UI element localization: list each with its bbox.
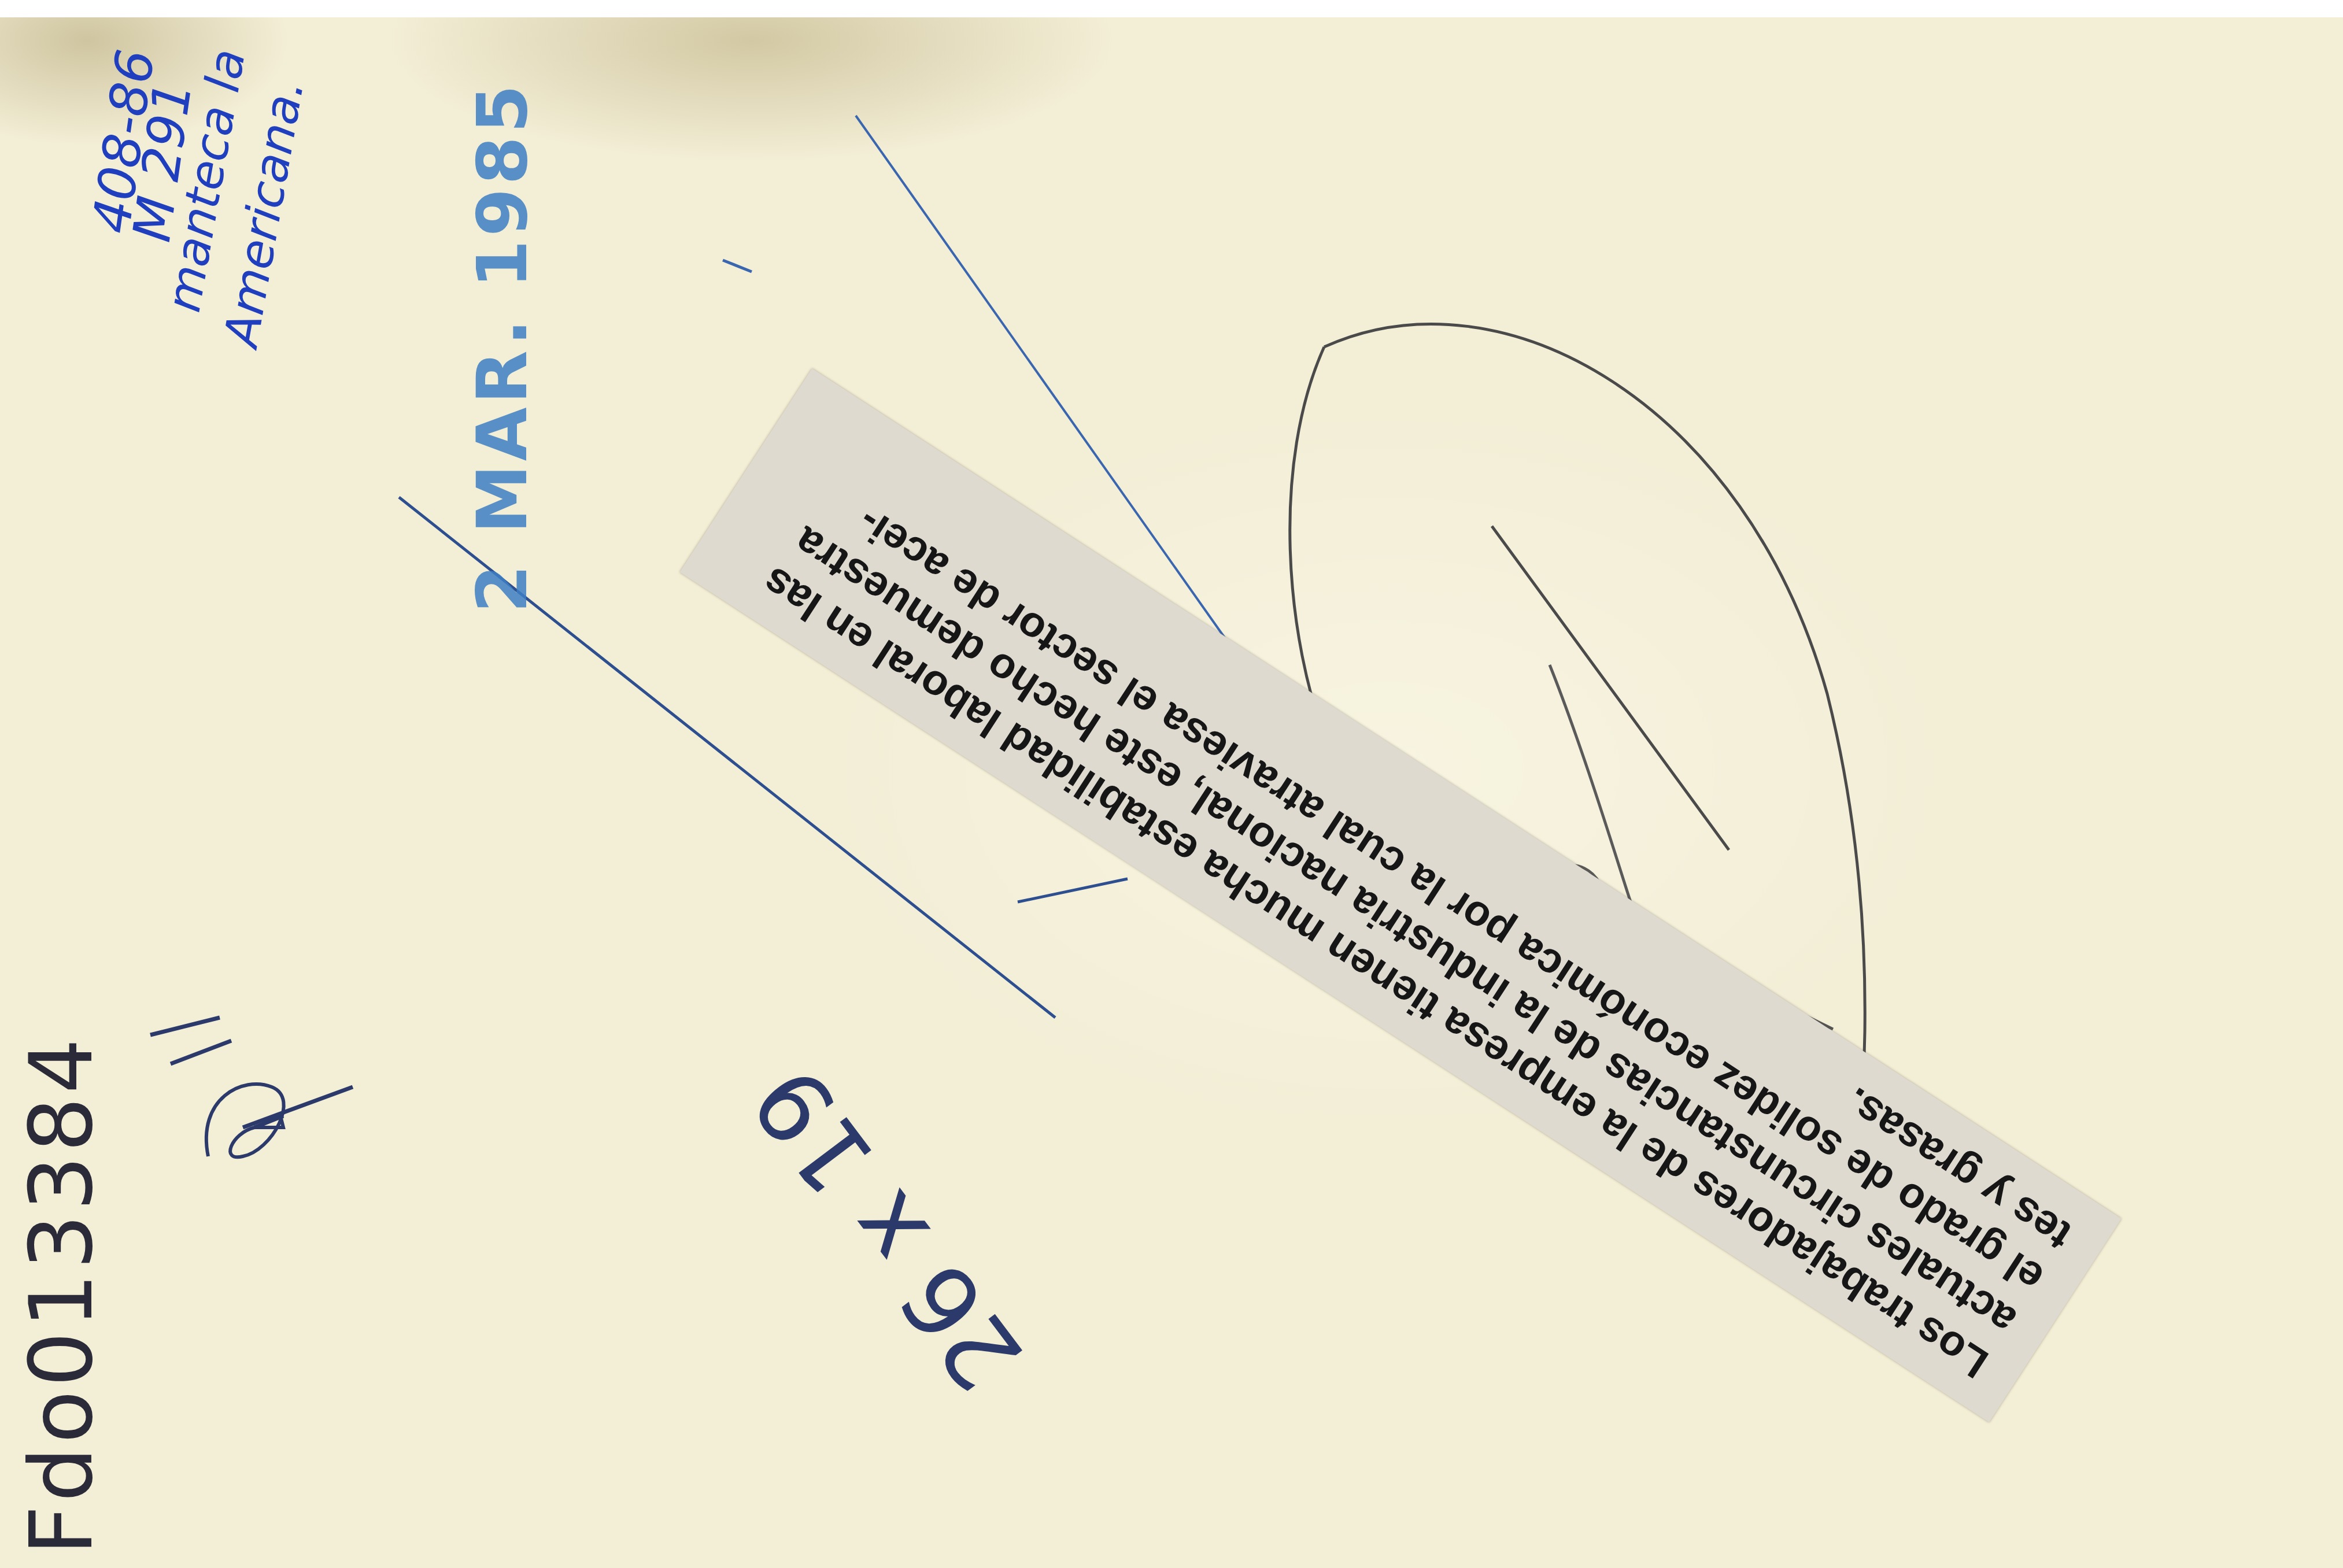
archive-id: Fdo013384 — [12, 1035, 112, 1555]
tick-mark — [171, 1041, 231, 1064]
tick-mark — [150, 1018, 220, 1035]
date-stamp: 2 MAR. 1985 — [463, 81, 543, 613]
